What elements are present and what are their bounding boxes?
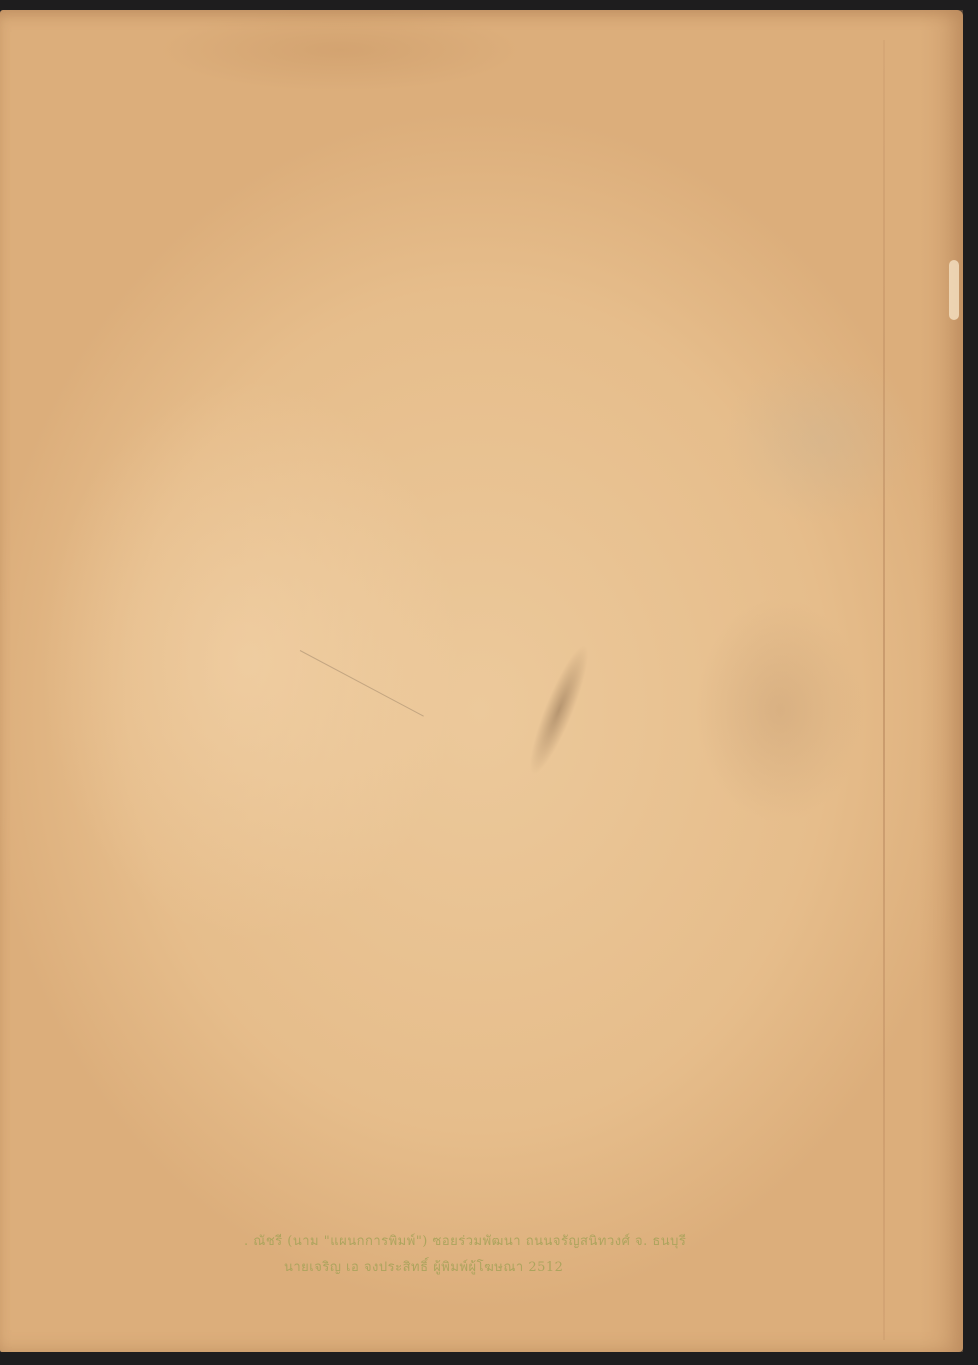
- edge-tear-mark: [949, 260, 959, 320]
- pencil-scratch: [300, 650, 424, 717]
- printer-imprint: . ณัชรี (นาม "แผนกการพิมพ์") ซอยร่วมพัฒน…: [244, 1229, 854, 1281]
- imprint-line-2: นายเจริญ เอ จงประสิทธิ์ ผู้พิมพ์ผู้โฆษณา…: [244, 1255, 854, 1281]
- worn-right-edge: [919, 10, 963, 1352]
- book-back-cover: [0, 10, 963, 1352]
- stain-mark: [520, 640, 598, 780]
- scan-background: . ณัชรี (นาม "แผนกการพิมพ์") ซอยร่วมพัฒน…: [0, 0, 978, 1365]
- spine-fold-line: [883, 40, 885, 1340]
- imprint-line-1: . ณัชรี (นาม "แผนกการพิมพ์") ซอยร่วมพัฒน…: [244, 1229, 854, 1255]
